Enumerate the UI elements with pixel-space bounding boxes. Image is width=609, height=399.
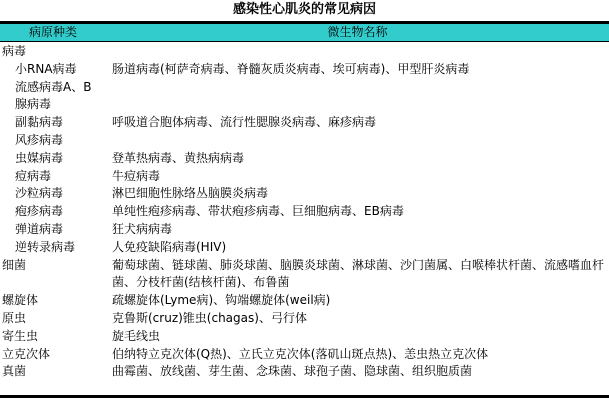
table-row: 痘病毒牛痘病毒 [0, 168, 609, 186]
pathogen-type-cell: 副黏病毒 [0, 114, 112, 132]
organism-name-cell: 登革热病毒、黄热病病毒 [112, 150, 609, 168]
organism-name-cell: 肠道病毒(柯萨奇病毒、脊髓灰质炎病毒、埃可病毒)、甲型肝炎病毒 [112, 61, 609, 79]
pathogen-type-cell: 逆转录病毒 [0, 239, 112, 257]
pathogen-type-cell: 弹道病毒 [0, 221, 112, 239]
table-row: 副黏病毒呼吸道合胞体病毒、流行性腮腺炎病毒、麻疹病毒 [0, 114, 609, 132]
table-row: 虫媒病毒登革热病毒、黄热病病毒 [0, 150, 609, 168]
bottom-rule [0, 395, 609, 398]
table-body: 病毒小RNA病毒肠道病毒(柯萨奇病毒、脊髓灰质炎病毒、埃可病毒)、甲型肝炎病毒流… [0, 43, 609, 381]
table-row: 弹道病毒狂犬病病毒 [0, 221, 609, 239]
table-row: 原虫克鲁斯(cruz)锥虫(chagas)、弓行体 [0, 310, 609, 328]
table-row: 立克次体伯纳特立克次体(Q热)、立氏立克次体(落矶山斑点热)、恙虫热立克次体 [0, 346, 609, 364]
organism-name-cell: 人免疫缺陷病毒(HIV) [112, 239, 609, 257]
table-header: 病原种类 微生物名称 [0, 24, 609, 41]
table-row: 风疹病毒 [0, 132, 609, 150]
pathogen-type-cell: 小RNA病毒 [0, 61, 112, 79]
organism-name-cell [112, 79, 609, 97]
pathogen-type-cell: 真菌 [0, 363, 112, 381]
pathogen-type-cell: 螺旋体 [0, 292, 112, 310]
organism-name-cell: 克鲁斯(cruz)锥虫(chagas)、弓行体 [112, 310, 609, 328]
table-row: 寄生虫旋毛线虫 [0, 328, 609, 346]
pathogen-type-cell: 痘病毒 [0, 168, 112, 186]
pathogen-type-cell: 流感病毒A、B [0, 79, 112, 97]
table-title: 感染性心肌炎的常见病因 [0, 2, 609, 18]
table-row: 细菌葡萄球菌、链球菌、肺炎球菌、脑膜炎球菌、淋球菌、沙门菌属、白喉棒状杆菌、流感… [0, 257, 609, 293]
organism-name-cell: 淋巴细胞性脉络丛脑膜炎病毒 [112, 185, 609, 203]
organism-name-cell [112, 43, 609, 61]
pathogen-type-cell: 寄生虫 [0, 328, 112, 346]
organism-name-cell: 单纯性疱疹病毒、带状疱疹病毒、巨细胞病毒、EB病毒 [112, 203, 609, 221]
organism-name-cell: 伯纳特立克次体(Q热)、立氏立克次体(落矶山斑点热)、恙虫热立克次体 [112, 346, 609, 364]
header-rule [0, 41, 609, 42]
pathogen-type-cell: 立克次体 [0, 346, 112, 364]
pathogen-type-cell: 病毒 [0, 43, 112, 61]
pathogen-type-cell: 风疹病毒 [0, 132, 112, 150]
table-row: 沙粒病毒淋巴细胞性脉络丛脑膜炎病毒 [0, 185, 609, 203]
table-row: 螺旋体疏螺旋体(Lyme病)、钩端螺旋体(weil病) [0, 292, 609, 310]
pathogen-type-cell: 疱疹病毒 [0, 203, 112, 221]
pathogen-type-cell: 细菌 [0, 257, 112, 293]
table-row: 真菌曲霉菌、放线菌、芽生菌、念珠菌、球孢子菌、隐球菌、组织胞质菌 [0, 363, 609, 381]
pathogen-type-cell: 虫媒病毒 [0, 150, 112, 168]
table-row: 腺病毒 [0, 96, 609, 114]
pathogen-type-cell: 原虫 [0, 310, 112, 328]
header-pathogen-type: 病原种类 [0, 24, 106, 41]
table-row: 疱疹病毒单纯性疱疹病毒、带状疱疹病毒、巨细胞病毒、EB病毒 [0, 203, 609, 221]
table-row: 小RNA病毒肠道病毒(柯萨奇病毒、脊髓灰质炎病毒、埃可病毒)、甲型肝炎病毒 [0, 61, 609, 79]
header-organism-name: 微生物名称 [106, 24, 609, 41]
organism-name-cell: 曲霉菌、放线菌、芽生菌、念珠菌、球孢子菌、隐球菌、组织胞质菌 [112, 363, 609, 381]
table-row: 流感病毒A、B [0, 79, 609, 97]
organism-name-cell: 葡萄球菌、链球菌、肺炎球菌、脑膜炎球菌、淋球菌、沙门菌属、白喉棒状杆菌、流感嗜血… [112, 257, 609, 293]
organism-name-cell: 牛痘病毒 [112, 168, 609, 186]
table-row: 逆转录病毒人免疫缺陷病毒(HIV) [0, 239, 609, 257]
organism-name-cell: 疏螺旋体(Lyme病)、钩端螺旋体(weil病) [112, 292, 609, 310]
organism-name-cell [112, 96, 609, 114]
pathogen-type-cell: 沙粒病毒 [0, 185, 112, 203]
organism-name-cell: 呼吸道合胞体病毒、流行性腮腺炎病毒、麻疹病毒 [112, 114, 609, 132]
organism-name-cell [112, 132, 609, 150]
pathogen-type-cell: 腺病毒 [0, 96, 112, 114]
organism-name-cell: 旋毛线虫 [112, 328, 609, 346]
organism-name-cell: 狂犬病病毒 [112, 221, 609, 239]
table-row: 病毒 [0, 43, 609, 61]
